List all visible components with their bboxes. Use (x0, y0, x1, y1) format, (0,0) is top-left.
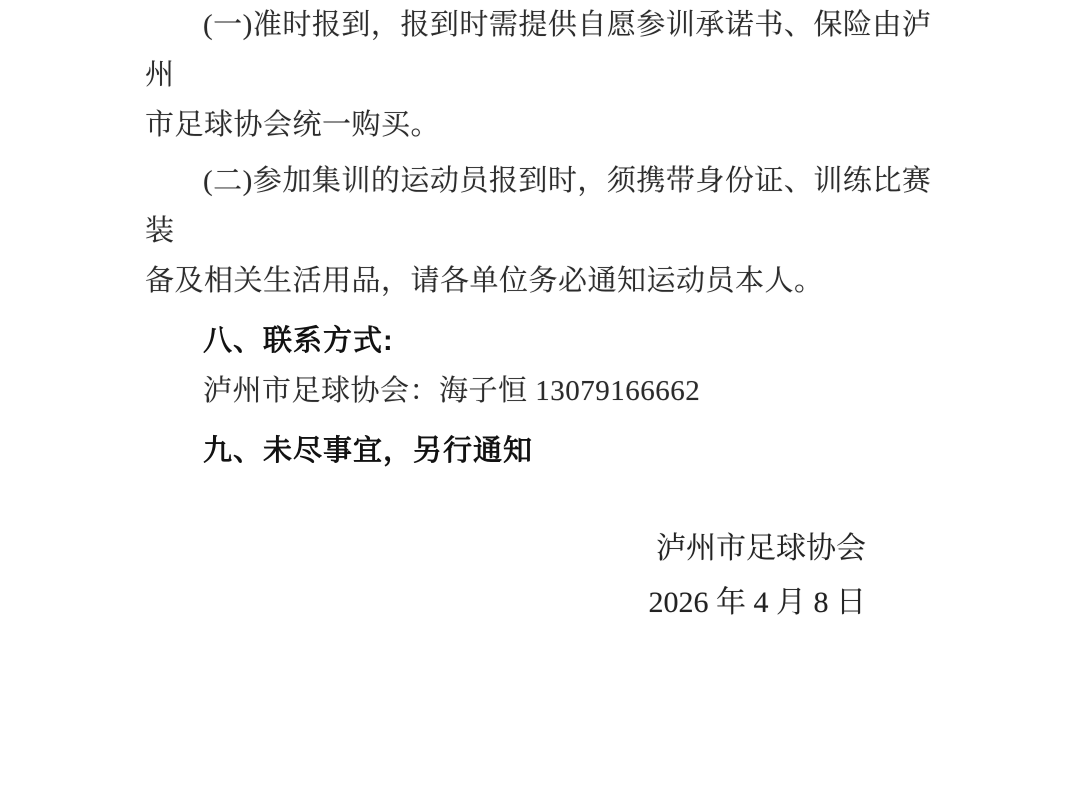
document-page: (一)准时报到，报到时需提供自愿参训承诺书、保险由泸州 市足球协会统一购买。 (… (0, 0, 1080, 787)
signature-organization: 泸州市足球协会 (145, 524, 866, 574)
signature-date: 2026 年 4 月 8 日 (145, 578, 866, 628)
heading-misc-notice: 九、未尽事宜，另行通知 (145, 428, 935, 474)
paragraph-item-two-equipment: (二)参加集训的运动员报到时，须携带身份证、训练比赛装 备及相关生活用品，请各单… (145, 156, 935, 306)
heading-contact-info: 八、联系方式: (145, 318, 935, 364)
signature-block: 泸州市足球协会 2026 年 4 月 8 日 (145, 524, 935, 628)
contact-info-line: 泸州市足球协会：海子恒 13079166662 (145, 366, 935, 416)
paragraph-item-one-report: (一)准时报到，报到时需提供自愿参训承诺书、保险由泸州 市足球协会统一购买。 (145, 0, 935, 150)
